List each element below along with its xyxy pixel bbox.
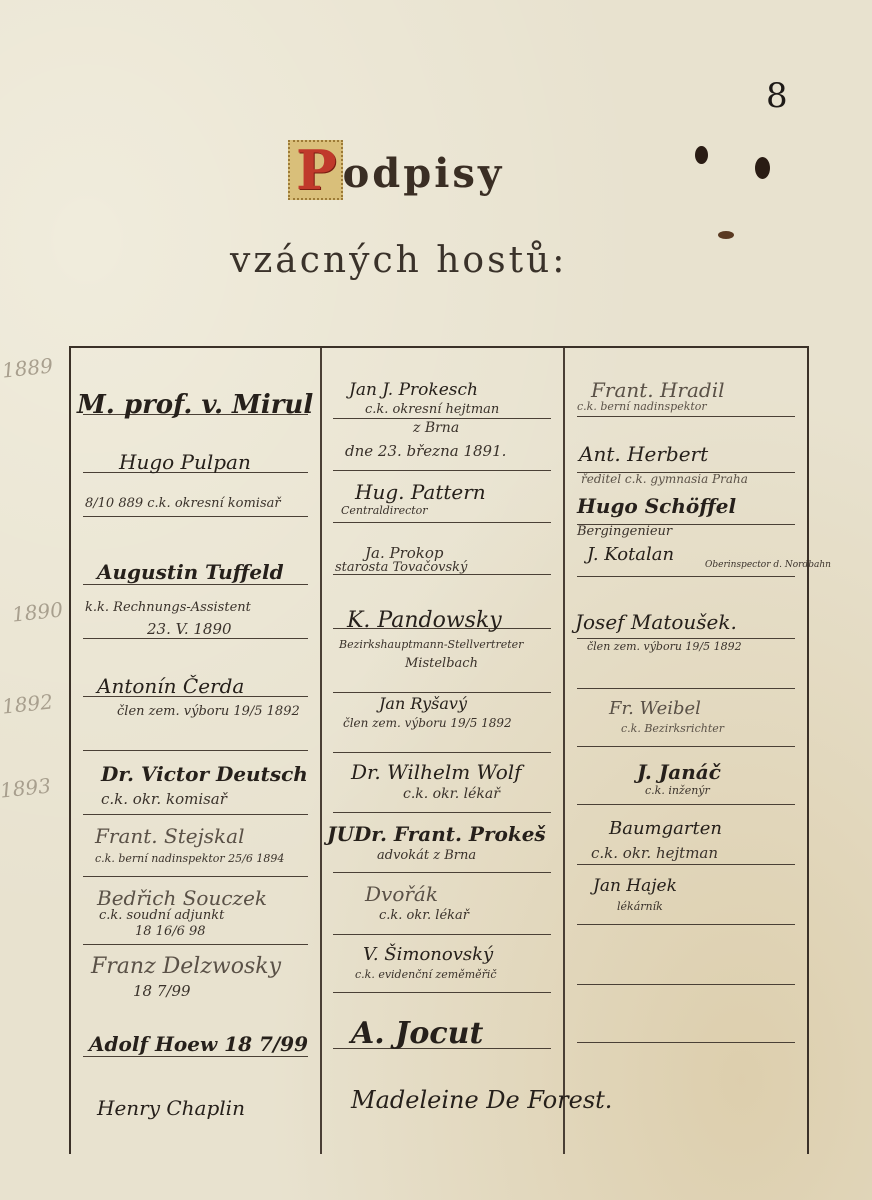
signature-date: dne 23. března 1891. xyxy=(345,442,506,460)
signature-column-2: Jan J. Prokesch c.k. okresní hejtman z B… xyxy=(321,348,563,1154)
signature: Frant. Hradil xyxy=(591,378,725,402)
signature: Jan Hajek xyxy=(593,876,677,896)
signature-title: Bergingenieur xyxy=(577,524,672,539)
signature-title: c.k. Bezirksrichter xyxy=(621,722,724,735)
signature: Hugo Pulpan xyxy=(119,450,251,474)
signature-title: ředitel c.k. gymnasia Praha xyxy=(581,472,748,486)
ink-blot xyxy=(755,157,770,179)
signature-column-1: M. prof. v. Mirul Hugo Pulpan 8/10 889 c… xyxy=(71,348,320,1154)
ruled-line xyxy=(83,944,308,945)
signature: J. Janáč xyxy=(637,760,721,784)
page-subtitle: vzácných hostů: xyxy=(230,240,567,281)
signature: Adolf Hoew 18 7/99 xyxy=(89,1032,308,1056)
signature: K. Pandowsky xyxy=(347,608,502,633)
ruled-line xyxy=(333,418,551,419)
ruled-line xyxy=(333,992,551,993)
title-text: odpisy xyxy=(343,150,505,197)
ruled-line xyxy=(577,1042,795,1043)
illuminated-initial: P xyxy=(288,140,343,200)
ruled-line xyxy=(577,804,795,805)
signature-ledger: M. prof. v. Mirul Hugo Pulpan 8/10 889 c… xyxy=(69,346,809,1154)
signature: Ant. Herbert xyxy=(579,442,708,466)
signature: Hugo Schöffel xyxy=(577,494,736,518)
signature-title: k.k. Rechnungs-Assistent xyxy=(85,600,251,615)
ruled-line xyxy=(83,516,308,517)
signature-title: Centraldirector xyxy=(341,504,428,517)
ruled-line xyxy=(333,470,551,471)
signature-title: 8/10 889 c.k. okresní komisař xyxy=(85,496,281,511)
signature: Antonín Čerda xyxy=(97,674,244,698)
signature-title: z Brna xyxy=(413,420,459,436)
ruled-line xyxy=(577,688,795,689)
signature: Augustin Tuffeld xyxy=(97,560,284,584)
ruled-line xyxy=(577,864,795,865)
signature-title: starosta Tovačovský xyxy=(335,560,467,575)
ruled-line xyxy=(83,876,308,877)
signature: Baumgarten xyxy=(609,818,722,839)
ruled-line xyxy=(83,1056,308,1057)
ruled-line xyxy=(577,576,795,577)
signature: Fr. Weibel xyxy=(609,698,701,719)
ink-blot xyxy=(695,146,708,164)
signature-title: c.k. inženýr xyxy=(645,784,710,797)
signature: Hug. Pattern xyxy=(355,480,486,504)
ruled-line xyxy=(577,638,795,639)
margin-year: 1892 xyxy=(1,689,54,718)
signature-title: lékárník xyxy=(617,900,663,913)
signature: M. prof. v. Mirul xyxy=(77,390,313,420)
signature-title: c.k. okr. lékař xyxy=(403,786,500,802)
signature: Frant. Stejskal xyxy=(95,824,244,848)
margin-year: 1889 xyxy=(1,353,54,382)
ruled-line xyxy=(333,934,551,935)
signature-title: c.k. okresní hejtman xyxy=(365,402,499,417)
ruled-line xyxy=(83,750,308,751)
signature-column-3: Frant. Hradil c.k. berní nadinspektor An… xyxy=(565,348,807,1154)
signature-date: 18 7/99 xyxy=(133,982,191,1000)
signature-title: c.k. soudní adjunkt xyxy=(99,908,224,923)
margin-year: 1893 xyxy=(0,773,52,802)
ruled-line xyxy=(333,522,551,523)
signature: Josef Matoušek. xyxy=(575,610,737,634)
ruled-line xyxy=(577,984,795,985)
signature-title: Oberinspector d. Nordbahn xyxy=(705,560,831,570)
ruled-line xyxy=(577,746,795,747)
signature: Dr. Wilhelm Wolf xyxy=(351,760,522,784)
ruled-line xyxy=(577,416,795,417)
signature: Dr. Victor Deutsch xyxy=(101,762,308,786)
signature-title: Bezirkshauptmann-Stellvertreter xyxy=(339,638,523,651)
signature: V. Šimonovský xyxy=(363,944,493,965)
signature-title: advokát z Brna xyxy=(377,848,476,863)
signature: Bedřich Souczek xyxy=(97,886,267,910)
signature-title: c.k. okr. komisař xyxy=(101,790,227,808)
ink-blot xyxy=(718,231,734,239)
guestbook-page: 8 Podpisy vzácných hostů: 1889 1890 1892… xyxy=(0,0,872,1200)
signature-title: c.k. okr. hejtman xyxy=(591,844,718,862)
page-title: Podpisy xyxy=(288,140,504,200)
signature-title: člen zem. výboru 19/5 1892 xyxy=(343,716,512,730)
signature: Henry Chaplin xyxy=(97,1096,245,1120)
signature-title: c.k. berní nadinspektor 25/6 1894 xyxy=(95,852,284,865)
signature-title: c.k. okr. lékař xyxy=(379,908,469,923)
signature: Dvořák xyxy=(365,882,438,906)
ruled-line xyxy=(333,752,551,753)
signature-title: c.k. evidenční zeměměřič xyxy=(355,968,497,981)
signature-date: 18 16/6 98 xyxy=(135,924,206,939)
signature: Jan J. Prokesch xyxy=(349,380,478,400)
signature: J. Kotalan xyxy=(587,544,674,565)
page-number: 8 xyxy=(766,76,788,116)
signature-date: 23. V. 1890 xyxy=(147,620,232,638)
signature-title: člen zem. výboru 19/5 1892 xyxy=(587,640,742,653)
ruled-line xyxy=(333,872,551,873)
signature-title: Mistelbach xyxy=(405,656,478,671)
signature: JUDr. Frant. Prokeš xyxy=(327,822,546,846)
margin-year: 1890 xyxy=(11,597,64,626)
ruled-line xyxy=(83,814,308,815)
ruled-line xyxy=(83,584,308,585)
signature-title: c.k. berní nadinspektor xyxy=(577,400,707,413)
ruled-line xyxy=(333,692,551,693)
signature-title: člen zem. výboru 19/5 1892 xyxy=(117,704,300,719)
signature: Franz Delzwosky xyxy=(91,954,281,979)
ruled-line xyxy=(83,638,308,639)
ruled-line xyxy=(577,924,795,925)
signature: A. Jocut xyxy=(351,1016,483,1051)
ruled-line xyxy=(333,812,551,813)
signature: Jan Ryšavý xyxy=(379,694,467,713)
